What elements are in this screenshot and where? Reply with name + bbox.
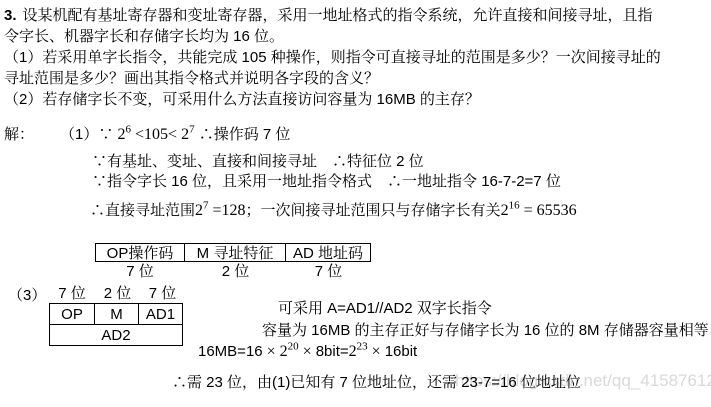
dw-row2: AD2 xyxy=(49,324,185,346)
capacity-eq-c: 16bit xyxy=(385,343,418,360)
format-width-mode: 2 位 xyxy=(185,262,286,281)
solution-step3: ∵指令字长 16 位，且采用一地址指令格式 ∴一地址指令 16-7-2=7 位 xyxy=(92,172,561,191)
dw-cell-ad1: AD1 xyxy=(138,303,183,325)
capacity-eq-b: 8bit= xyxy=(316,343,349,360)
step1-prefix: （1）∵ xyxy=(60,126,118,143)
section3-line2: 容量为 16MB 的主存正好与存储字长为 16 位的 8M 存储器容量相等 xyxy=(262,321,709,340)
problem-line-1: 3.设某机配有基址寄存器和变址寄存器，采用一地址格式的指令系统，允许直接和间接寻… xyxy=(4,5,710,26)
dw-bits-op: 7 位 xyxy=(49,284,95,303)
format-width-opcode: 7 位 xyxy=(95,262,185,281)
dw-row1: OP M AD1 xyxy=(49,303,185,325)
format-cell-address: AD 地址码 xyxy=(285,243,371,262)
capacity-eq-math1: × 220 × xyxy=(263,343,316,360)
dw-cell-m: M xyxy=(94,303,139,325)
problem-number: 3. xyxy=(4,7,17,24)
step4-math2: 216 = 65536 xyxy=(501,202,577,219)
format-width-address: 7 位 xyxy=(286,262,371,281)
solution-step4: ∴直接寻址范围27 =128；一次间接寻址范围只与存储字长有关216 = 655… xyxy=(90,201,577,220)
section3-line1: 可采用 A=AD1//AD2 双字长指令 xyxy=(278,299,492,318)
instruction-format-table: OP操作码 M 寻址特征 AD 地址码 7 位 2 位 7 位 xyxy=(95,243,371,281)
dw-bits-m: 2 位 xyxy=(95,284,140,303)
dw-bits-ad1: 7 位 xyxy=(140,284,185,303)
dw-cell-ad2: AD2 xyxy=(49,324,183,346)
problem-line-2: 令字长、机器字长和存储字长均为 16 位。 xyxy=(4,26,710,47)
dw-cell-op: OP xyxy=(49,303,95,325)
format-cell-opcode: OP操作码 xyxy=(95,243,185,262)
problem-question-2: （2）若存储字长不变，可采用什么方法直接访问容量为 16MB 的主存？ xyxy=(4,89,710,110)
problem-question-1b: 寻址范围是多少？画出其指令格式并说明各字段的含义？ xyxy=(4,68,710,89)
section3-line3: 16MB=16 × 220 × 8bit=223 × 16bit xyxy=(198,342,417,361)
format-table-cells: OP操作码 M 寻址特征 AD 地址码 xyxy=(95,243,371,262)
step4-text1: ∴直接寻址范围 xyxy=(90,202,195,219)
document-page: https://blog.csdn.net/qq_41587612 3.设某机配… xyxy=(0,0,711,407)
step4-text2: ；一次间接寻址范围只与存储字长有关 xyxy=(246,202,501,219)
problem-statement: 3.设某机配有基址寄存器和变址寄存器，采用一地址格式的指令系统，允许直接和间接寻… xyxy=(4,5,710,110)
solution-step2: ∵有基址、变址、直接和间接寻址 ∴特征位 2 位 xyxy=(92,152,424,171)
solution-label: 解： xyxy=(4,125,34,144)
problem-question-1a: （1）若采用单字长指令，共能完成 105 种操作，则指令可直接寻址的范围是多少？… xyxy=(4,47,710,68)
format-table-widths: 7 位 2 位 7 位 xyxy=(95,262,371,281)
capacity-eq-math2: 223 × xyxy=(349,343,385,360)
step4-math1: 27 =128 xyxy=(195,202,246,219)
section3-label: （3） xyxy=(8,286,46,305)
problem-line-1-text: 设某机配有基址寄存器和变址寄存器，采用一地址格式的指令系统，允许直接和间接寻址，… xyxy=(23,7,653,24)
step1-math: 26 <105< 27 xyxy=(118,126,195,143)
capacity-eq-a: 16MB=16 xyxy=(198,343,263,360)
solution-step1: （1）∵ 26 <105< 27 ∴操作码 7 位 xyxy=(60,125,290,144)
step1-conclusion: ∴操作码 7 位 xyxy=(195,126,291,143)
dw-bit-labels: 7 位 2 位 7 位 xyxy=(49,284,185,303)
format-cell-mode: M 寻址特征 xyxy=(184,243,286,262)
section3-line4: ∴需 23 位，由(1)已知有 7 位地址位，还需 23-7=16 位地址位 xyxy=(172,373,581,392)
double-word-table: 7 位 2 位 7 位 OP M AD1 AD2 xyxy=(49,284,185,346)
